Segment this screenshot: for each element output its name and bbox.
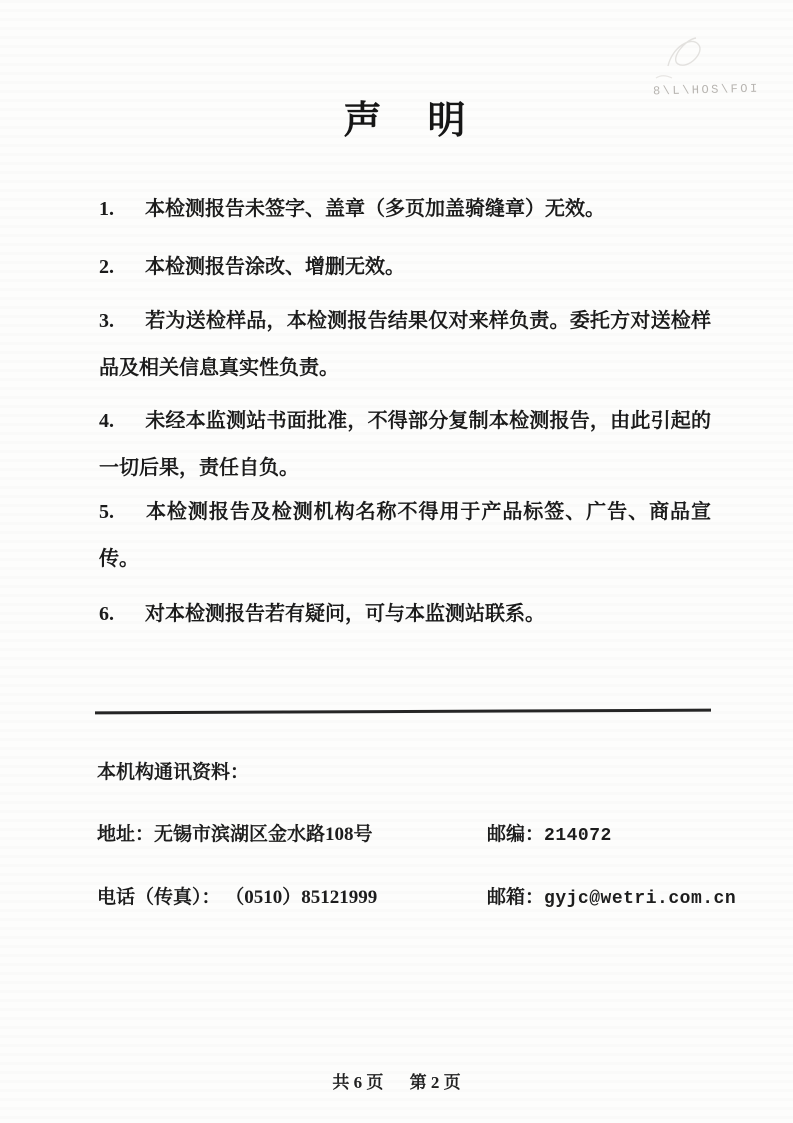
statement-item-3: 3.若为送检样品，本检测报告结果仅对来样负责。委托方对送检样品及相关信息真实性负…	[99, 298, 711, 392]
item-text: 本检测报告及检测机构名称不得用于产品标签、广告、商品宣传。	[99, 501, 711, 570]
statement-item-5: 5.本检测报告及检测机构名称不得用于产品标签、广告、商品宣传。	[99, 489, 711, 583]
contact-row-address: 地址：无锡市滨湖区金水路108号 邮编：214072	[97, 822, 733, 848]
current-page: 第 2 页	[410, 1068, 461, 1093]
show-through-text-artifact: 8\L\HOS\FOI	[653, 82, 760, 99]
item-number: 4.	[99, 398, 145, 445]
postcode-label: 邮编：	[487, 824, 544, 845]
item-number: 1.	[99, 186, 145, 233]
contact-heading: 本机构通讯资料：	[97, 760, 249, 786]
item-text: 本检测报告涂改、增删无效。	[145, 256, 405, 278]
item-text: 本检测报告未签字、盖章（多页加盖骑缝章）无效。	[145, 198, 605, 220]
item-text: 若为送检样品，本检测报告结果仅对来样负责。委托方对送检样品及相关信息真实性负责。	[99, 310, 711, 379]
statement-item-6: 6.对本检测报告若有疑问，可与本监测站联系。	[99, 591, 711, 638]
email-label: 邮箱：	[487, 887, 544, 908]
email-group: 邮箱：gyjc@wetri.com.cn	[487, 885, 736, 912]
item-text: 未经本监测站书面批准，不得部分复制本检测报告，由此引起的一切后果，责任自负。	[99, 410, 711, 479]
page-title: 声 明	[20, 99, 793, 143]
item-number: 2.	[99, 244, 145, 291]
total-pages: 共 6 页	[332, 1068, 383, 1093]
phone-label: 电话（传真）：	[97, 887, 225, 908]
page-footer: 共 6 页 第 2 页	[0, 1068, 793, 1093]
statement-item-1: 1.本检测报告未签字、盖章（多页加盖骑缝章）无效。	[99, 186, 711, 233]
statement-item-4: 4.未经本监测站书面批准，不得部分复制本检测报告，由此引起的一切后果，责任自负。	[99, 398, 711, 492]
item-text: 对本检测报告若有疑问，可与本监测站联系。	[145, 603, 545, 625]
section-divider	[95, 709, 711, 715]
handwriting-artifact	[638, 18, 778, 88]
address-value: 无锡市滨湖区金水路108号	[154, 824, 373, 845]
contact-row-phone: 电话（传真）： （0510）85121999 邮箱：gyjc@wetri.com…	[97, 885, 733, 911]
postcode-value: 214072	[544, 826, 612, 846]
address-label: 地址：	[97, 824, 154, 845]
postcode-group: 邮编：214072	[487, 822, 612, 849]
statement-item-2: 2.本检测报告涂改、增删无效。	[99, 244, 711, 291]
item-number: 6.	[99, 591, 145, 638]
phone-value: （0510）85121999	[225, 887, 377, 908]
declaration-page: 8\L\HOS\FOI 声 明 1.本检测报告未签字、盖章（多页加盖骑缝章）无效…	[0, 0, 793, 1123]
email-value: gyjc@wetri.com.cn	[544, 889, 736, 909]
item-number: 3.	[99, 298, 145, 345]
item-number: 5.	[99, 489, 145, 536]
